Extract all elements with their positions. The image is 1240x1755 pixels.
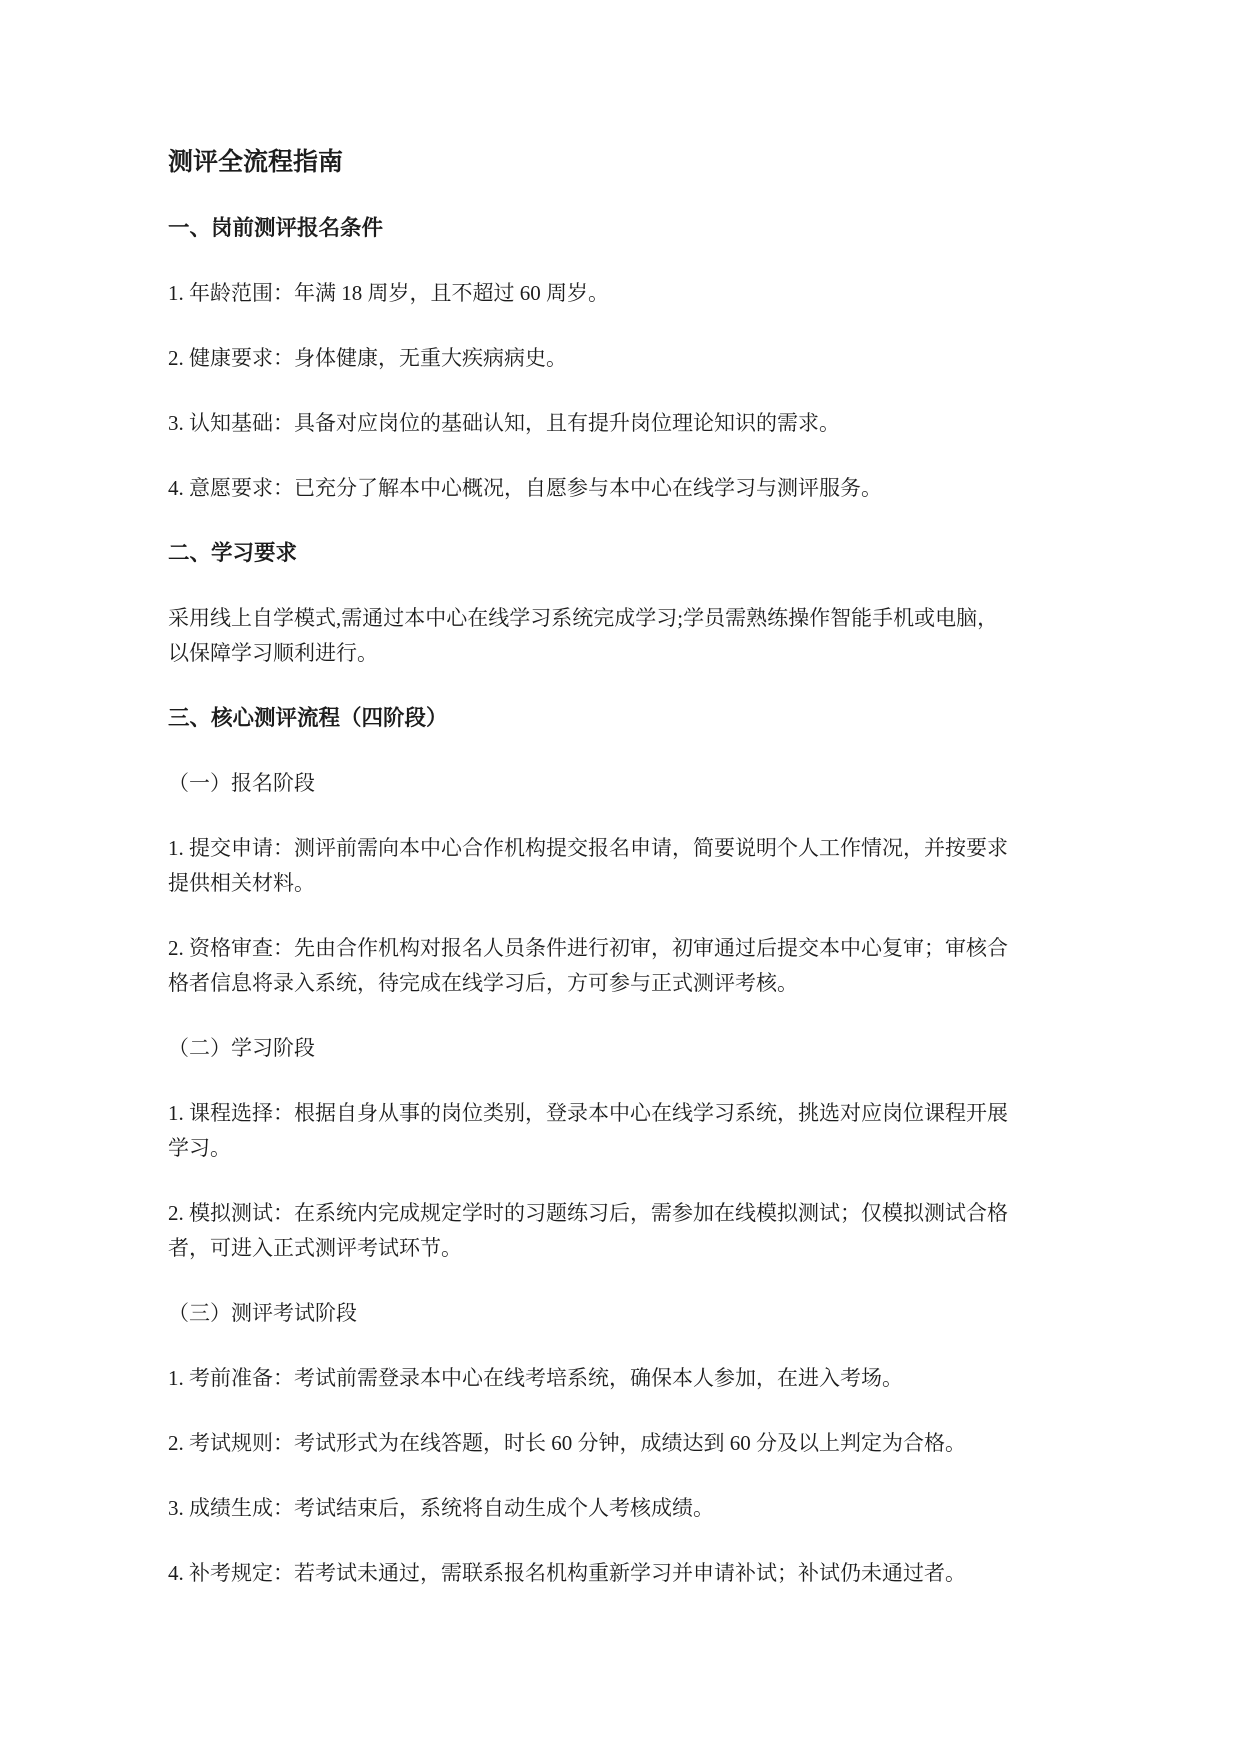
list-item: 4. 补考规定：若考试未通过，需联系报名机构重新学习并申请补试；补试仍未通过者。	[168, 1556, 1080, 1591]
paragraph: 采用线上自学模式,需通过本中心在线学习系统完成学习;学员需熟练操作智能手机或电脑…	[168, 601, 1080, 671]
list-item: 1. 考前准备：考试前需登录本中心在线考培系统，确保本人参加，在进入考场。	[168, 1361, 1080, 1396]
section-prerequisites: 一、岗前测评报名条件 1. 年龄范围：年满 18 周岁，且不超过 60 周岁。 …	[168, 211, 1080, 506]
list-item: 1. 课程选择：根据自身从事的岗位类别，登录本中心在线学习系统，挑选对应岗位课程…	[168, 1096, 1080, 1166]
section-learning-requirements: 二、学习要求 采用线上自学模式,需通过本中心在线学习系统完成学习;学员需熟练操作…	[168, 536, 1080, 671]
list-item: 3. 成绩生成：考试结束后，系统将自动生成个人考核成绩。	[168, 1491, 1080, 1526]
list-item: 4. 意愿要求：已充分了解本中心概况，自愿参与本中心在线学习与测评服务。	[168, 471, 1080, 506]
stage-subheading: （三）测评考试阶段	[168, 1296, 1080, 1331]
section-core-process: 三、核心测评流程（四阶段） （一）报名阶段 1. 提交申请：测评前需向本中心合作…	[168, 701, 1080, 1591]
list-item: 3. 认知基础：具备对应岗位的基础认知，且有提升岗位理论知识的需求。	[168, 406, 1080, 441]
document-title: 测评全流程指南	[168, 143, 1080, 183]
stage-subheading: （二）学习阶段	[168, 1031, 1080, 1066]
list-item: 2. 模拟测试：在系统内完成规定学时的习题练习后，需参加在线模拟测试；仅模拟测试…	[168, 1196, 1080, 1266]
section-heading: 三、核心测评流程（四阶段）	[168, 701, 1080, 736]
list-item: 2. 健康要求：身体健康，无重大疾病病史。	[168, 341, 1080, 376]
section-heading: 二、学习要求	[168, 536, 1080, 571]
list-item: 1. 提交申请：测评前需向本中心合作机构提交报名申请，简要说明个人工作情况，并按…	[168, 831, 1080, 901]
list-item: 2. 考试规则：考试形式为在线答题，时长 60 分钟，成绩达到 60 分及以上判…	[168, 1426, 1080, 1461]
section-heading: 一、岗前测评报名条件	[168, 211, 1080, 246]
list-item: 2. 资格审查：先由合作机构对报名人员条件进行初审，初审通过后提交本中心复审；审…	[168, 931, 1080, 1001]
document-page: 测评全流程指南 一、岗前测评报名条件 1. 年龄范围：年满 18 周岁，且不超过…	[0, 0, 1240, 1755]
list-item: 1. 年龄范围：年满 18 周岁，且不超过 60 周岁。	[168, 276, 1080, 311]
stage-subheading: （一）报名阶段	[168, 766, 1080, 801]
